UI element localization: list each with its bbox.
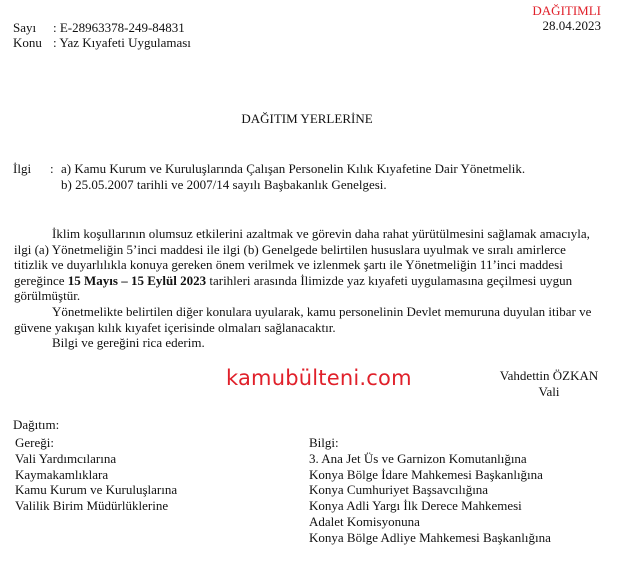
body-line: güvene yakışan kılık kıyafet içerisinde …	[14, 320, 614, 336]
closing-line: Bilgi ve gereğini rica ederim.	[14, 335, 614, 351]
body-line: gereğince 15 Mayıs – 15 Eylül 2023 tarih…	[14, 273, 614, 289]
distribution-geregi: Gereği: Vali Yardımcılarına Kaymakamlıkl…	[15, 435, 177, 514]
geregi-item: Kaymakamlıklara	[15, 467, 177, 483]
signatory-title: Vali	[496, 384, 602, 400]
body-text: gereğince	[14, 273, 68, 288]
geregi-item: Kamu Kurum ve Kuruluşlarına	[15, 482, 177, 498]
ilgi-item-b: b) 25.05.2007 tarihli ve 2007/14 sayılı …	[61, 177, 387, 193]
bilgi-label: Bilgi:	[309, 435, 551, 451]
bilgi-item: Konya Cumhuriyet Başsavcılığına	[309, 482, 551, 498]
geregi-label: Gereği:	[15, 435, 177, 451]
document-date: 28.04.2023	[543, 18, 602, 34]
body-text: tarihleri arasında İlimizde yaz kıyafeti…	[206, 273, 572, 288]
distribution-stamp: DAĞITIMLI	[532, 3, 601, 19]
body-line: titizlik ve duyarlılıkla konuya gereken …	[14, 257, 614, 273]
distribution-label: Dağıtım:	[13, 417, 59, 433]
bilgi-item: Adalet Komisyonuna	[309, 514, 551, 530]
sayi-label: Sayı	[13, 20, 53, 36]
signature-block: Vahdettin ÖZKAN Vali	[496, 368, 602, 400]
ilgi-colon: :	[50, 161, 54, 177]
date-range-bold: 15 Mayıs – 15 Eylül 2023	[68, 273, 206, 288]
body-paragraph-3: Bilgi ve gereğini rica ederim.	[14, 335, 614, 351]
watermark-text: kamubülteni.com	[226, 366, 412, 390]
distribution-bilgi: Bilgi: 3. Ana Jet Üs ve Garnizon Komutan…	[309, 435, 551, 546]
konu-value: : Yaz Kıyafeti Uygulaması	[53, 35, 191, 50]
geregi-item: Valilik Birim Müdürlüklerine	[15, 498, 177, 514]
sayi-row: Sayı: E-28963378-249-84831	[13, 20, 185, 36]
bilgi-item: Konya Bölge İdare Mahkemesi Başkanlığına	[309, 467, 551, 483]
body-line: ilgi (a) Yönetmeliğin 5’inci maddesi ile…	[14, 242, 614, 258]
body-line: İklim koşullarının olumsuz etkilerini az…	[14, 226, 614, 242]
body-paragraph-2: Yönetmelikte belirtilen diğer konulara u…	[14, 304, 614, 335]
bilgi-item: 3. Ana Jet Üs ve Garnizon Komutanlığına	[309, 451, 551, 467]
geregi-item: Vali Yardımcılarına	[15, 451, 177, 467]
konu-label: Konu	[13, 35, 53, 51]
body-paragraph-1: İklim koşullarının olumsuz etkilerini az…	[14, 226, 614, 304]
ilgi-item-a: a) Kamu Kurum ve Kuruluşlarında Çalışan …	[61, 161, 525, 177]
body-line: görülmüştür.	[14, 288, 614, 304]
signatory-name: Vahdettin ÖZKAN	[496, 368, 602, 384]
recipient-title: DAĞITIM YERLERİNE	[0, 111, 621, 127]
ilgi-label: İlgi	[13, 161, 31, 177]
bilgi-item: Konya Bölge Adliye Mahkemesi Başkanlığın…	[309, 530, 551, 546]
bilgi-item: Konya Adli Yargı İlk Derece Mahkemesi	[309, 498, 551, 514]
body-line: Yönetmelikte belirtilen diğer konulara u…	[14, 304, 614, 320]
konu-row: Konu: Yaz Kıyafeti Uygulaması	[13, 35, 191, 51]
sayi-value: : E-28963378-249-84831	[53, 20, 185, 35]
